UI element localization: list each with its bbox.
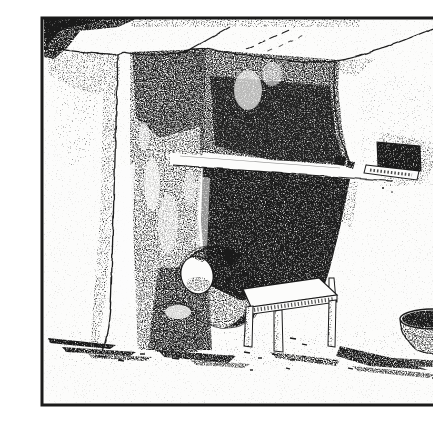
column-blotch-2 bbox=[158, 194, 178, 254]
floor-dash bbox=[172, 358, 179, 359]
floor-dash bbox=[348, 368, 353, 369]
floor-dash bbox=[290, 338, 296, 339]
hood-light-patch-2 bbox=[262, 62, 282, 86]
box-dot-2 bbox=[391, 191, 393, 193]
column-blotch-4 bbox=[184, 170, 196, 206]
jar-mouth-shade bbox=[186, 277, 210, 291]
top-border-grain bbox=[130, 19, 360, 27]
floor-dash bbox=[302, 344, 307, 345]
floor-dash bbox=[98, 356, 106, 357]
engraving-canvas: Stippled pen-and-ink engraving of a rust… bbox=[40, 16, 433, 407]
chimney-hood bbox=[200, 49, 353, 168]
boulder-highlight bbox=[165, 305, 191, 319]
hood-light-patch-1 bbox=[234, 70, 262, 110]
floor-dash bbox=[272, 354, 278, 355]
engraving-figure: Stippled pen-and-ink engraving of a rust… bbox=[40, 16, 433, 407]
floor-dash bbox=[286, 368, 290, 369]
column-blotch-3 bbox=[139, 122, 149, 150]
column-blotch-1 bbox=[144, 158, 160, 210]
floor-dash bbox=[302, 356, 306, 357]
bench-knob bbox=[273, 278, 281, 283]
floor-dash bbox=[212, 360, 218, 361]
box-dot-1 bbox=[382, 187, 384, 189]
floor-dash bbox=[244, 352, 250, 353]
floor-dash bbox=[118, 360, 124, 361]
